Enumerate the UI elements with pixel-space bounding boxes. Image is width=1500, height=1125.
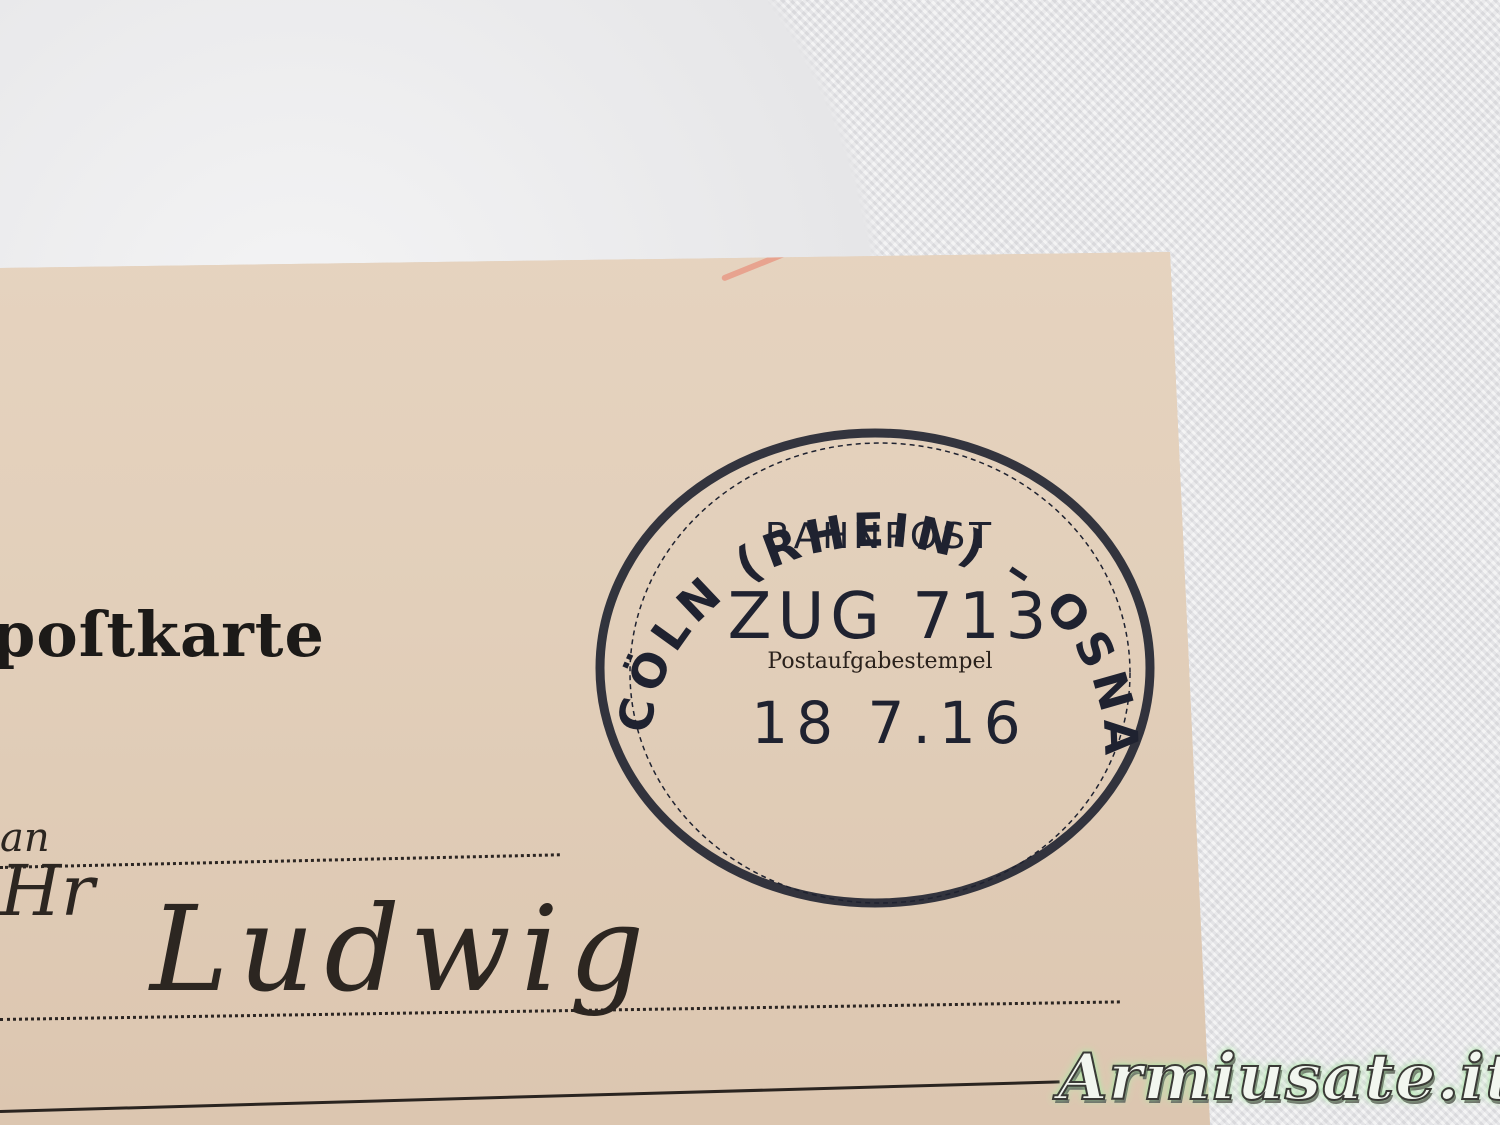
red-pencil-mark	[721, 229, 839, 281]
postmark-stamp: CÖLN (RHEIN) – OSNABRÜCK BAHNPOST ZUG 71…	[590, 418, 1160, 918]
address-line-3	[0, 1080, 1060, 1113]
handwriting-prefix: Hr	[0, 850, 95, 932]
postmark-line2: ZUG 713	[728, 580, 1053, 654]
handwriting-name: Ludwig	[150, 880, 654, 1018]
postmark-date: 18 7.16	[751, 689, 1028, 757]
watermark: Armiusate.it	[1058, 1040, 1500, 1115]
photo-scene: poſtkarte an Hr Ludwig CÖLN (RHEIN) – OS…	[0, 0, 1500, 1125]
postmark-line1: BAHNPOST	[765, 516, 995, 557]
postcard-title: poſtkarte	[0, 598, 325, 671]
postmark-caption: Postaufgabestempel	[767, 649, 992, 674]
